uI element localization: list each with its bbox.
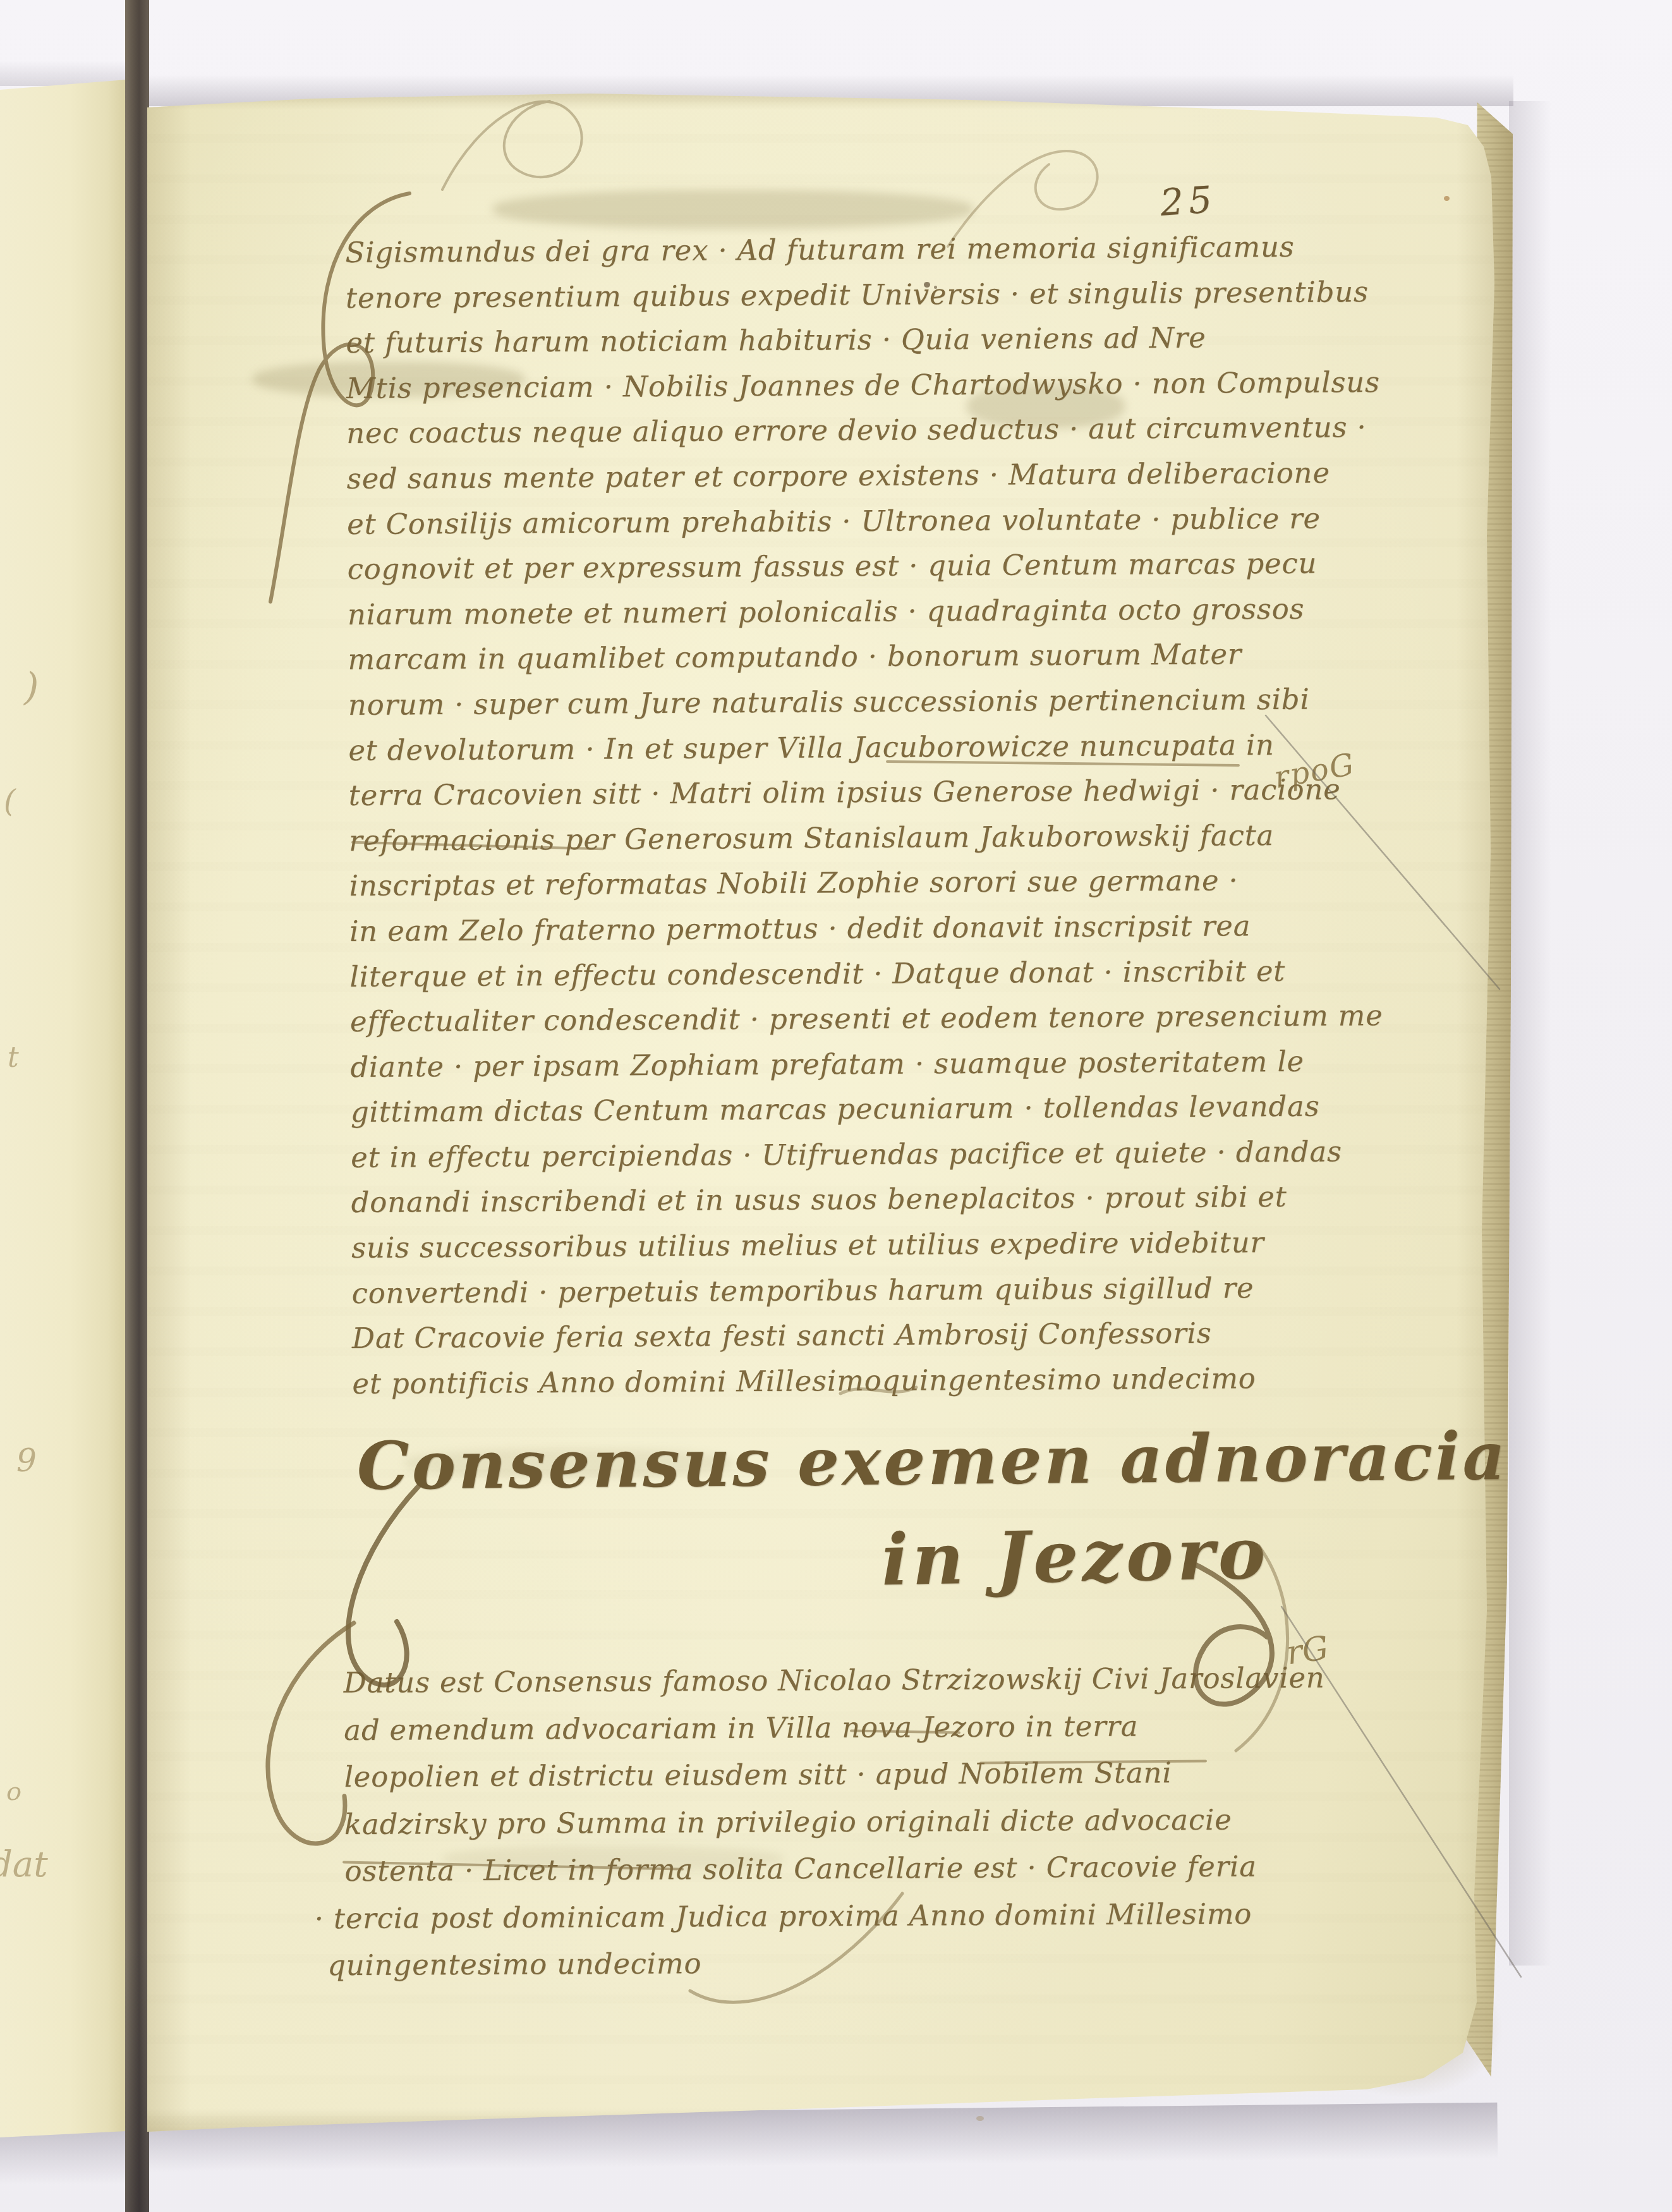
initial-s-flourish	[270, 193, 409, 602]
bottom-flourish	[690, 1893, 902, 2002]
datus-d-flourish	[268, 1623, 354, 1844]
heading-c-flourish	[348, 1486, 418, 1685]
flourish-overlay	[0, 0, 1672, 2212]
wave-flourish	[840, 1387, 916, 1394]
pen-trial-flourish	[442, 101, 582, 190]
pencil-stroke	[1266, 715, 1499, 989]
pen-trial-flourish	[948, 151, 1098, 246]
pencil-stroke	[1281, 1607, 1521, 1977]
jezoro-tail-flourish	[1188, 1561, 1272, 1705]
jezoro-sweep-flourish	[1236, 1546, 1288, 1751]
